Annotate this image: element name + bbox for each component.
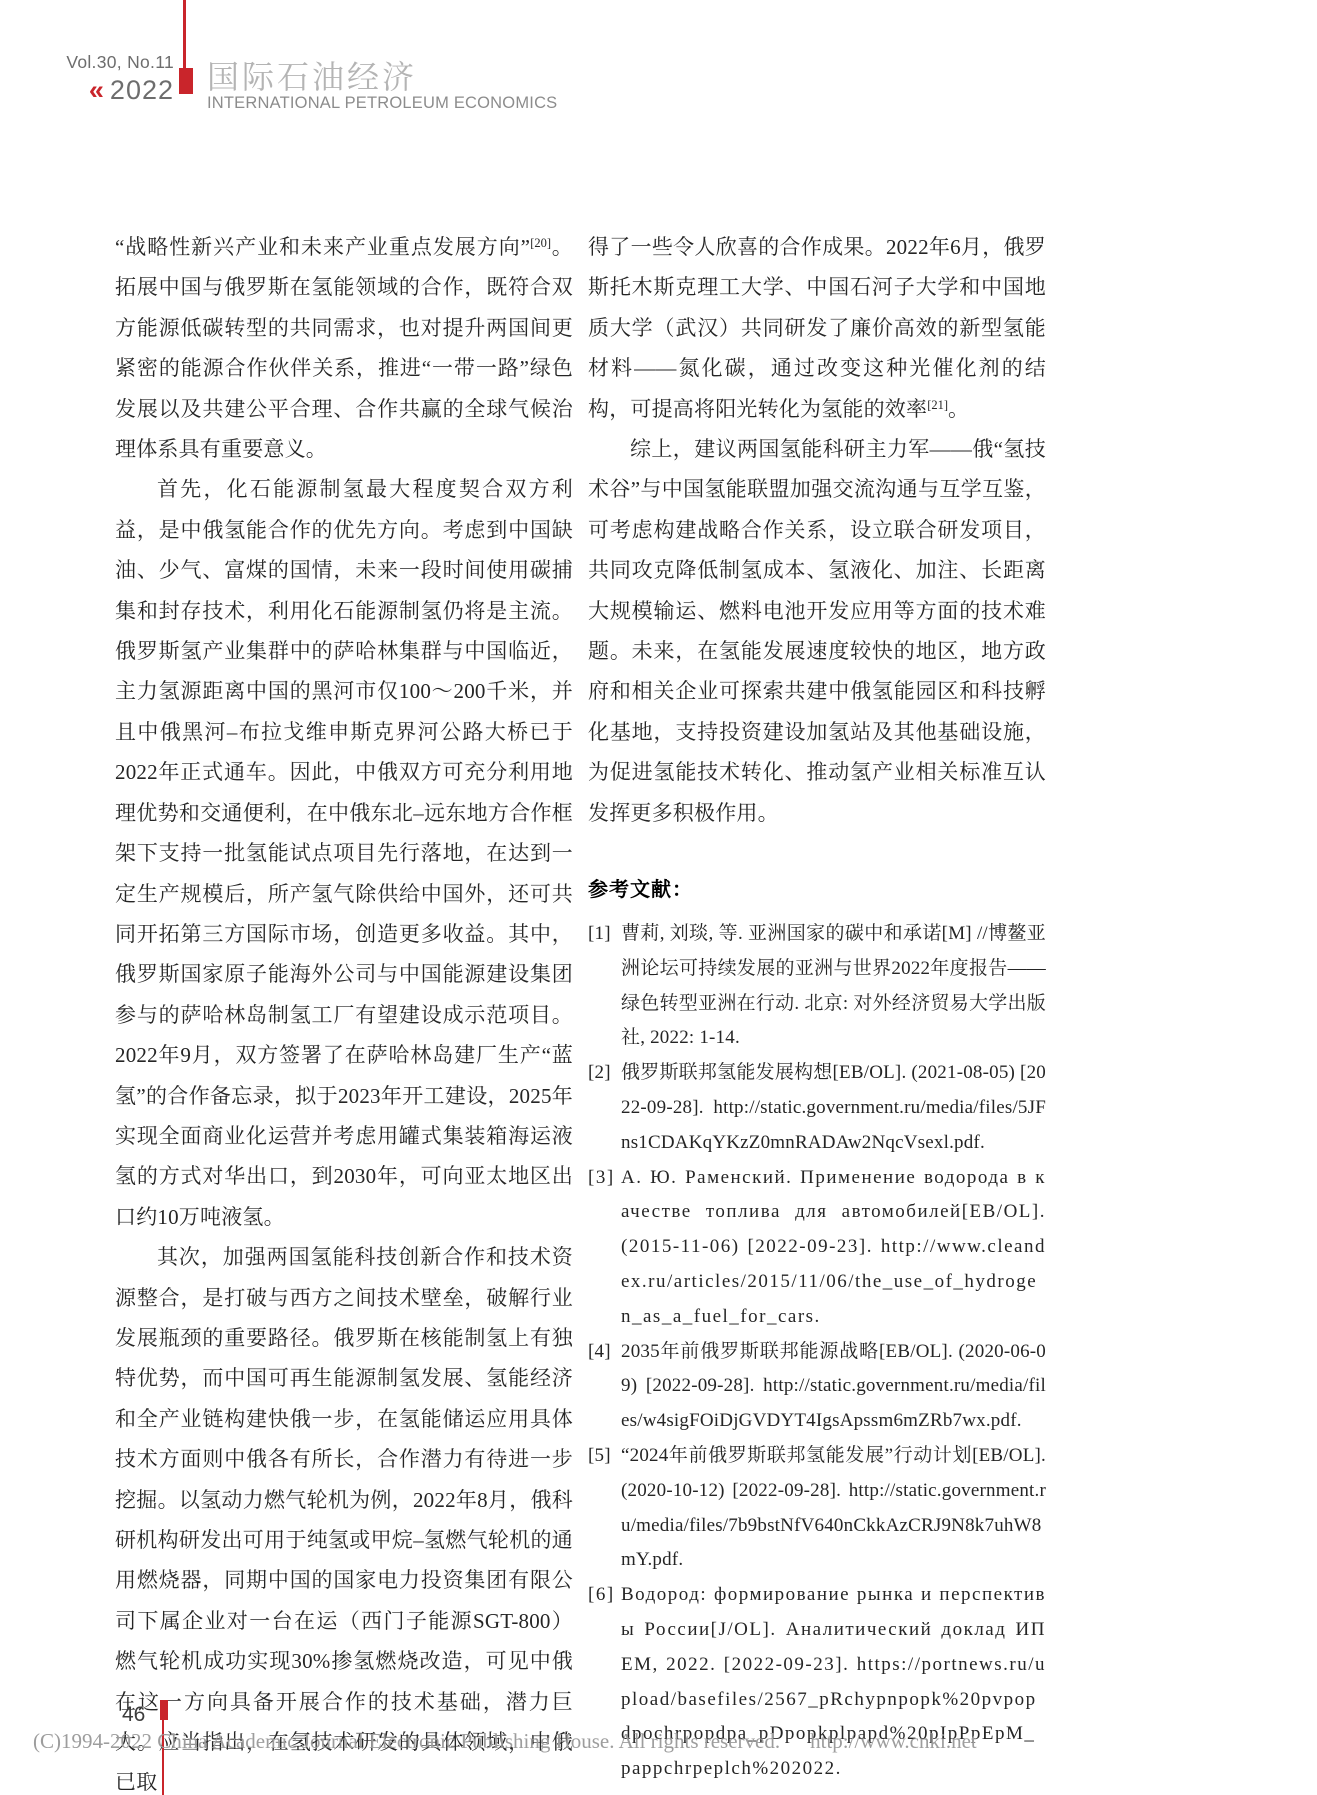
citation-superscript: [20] [530, 236, 551, 250]
journal-title-cn: 国际石油经济 [207, 52, 417, 98]
reference-text: “2024年前俄罗斯联邦氢能发展”行动计划[EB/OL]. (2020-10-1… [621, 1445, 1046, 1570]
citation-superscript: [21] [927, 398, 948, 412]
reference-item: [1] 曹莉, 刘琰, 等. 亚洲国家的碳中和承诺[M] //博鳌亚洲论坛可持续… [588, 917, 1046, 1056]
body-paragraph: 首先，化石能源制氢最大程度契合双方利益，是中俄氢能合作的优先方向。考虑到中国缺油… [115, 469, 573, 1237]
journal-page: Vol.30, No.11 «2022 国际石油经济 INTERNATIONAL… [0, 0, 1317, 1795]
reference-item: [6] Водород: формирование рынка и перспе… [588, 1578, 1046, 1787]
copyright-text: (C)1994-2022 China Academic Journal Elec… [33, 1729, 780, 1753]
reference-item: [4] 2035年前俄罗斯联邦能源战略[EB/OL]. (2020-06-09)… [588, 1335, 1046, 1439]
reference-label: [5] [588, 1439, 611, 1474]
red-accent-line [183, 0, 186, 70]
volume-block: Vol.30, No.11 «2022 [62, 50, 174, 106]
cnki-url: http://www.cnki.net [810, 1729, 977, 1753]
reference-text: 俄罗斯联邦氢能发展构想[EB/OL]. (2021-08-05) [2022-0… [621, 1062, 1046, 1153]
reference-item: [3] А. Ю. Раменский. Применение водорода… [588, 1161, 1046, 1335]
body-paragraph: “战略性新兴产业和未来产业重点发展方向”[20]。拓展中国与俄罗斯在氢能领域的合… [115, 227, 573, 469]
body-paragraph: 其次，加强两国氢能科技创新合作和技术资源整合，是打破与西方之间技术壁垒，破解行业… [115, 1237, 573, 1795]
copyright-notice: (C)1994-2022 China Academic Journal Elec… [33, 1729, 1283, 1754]
article-column-right: 得了一些令人欣喜的合作成果。2022年6月，俄罗斯托木斯克理工大学、中国石河子大… [588, 227, 1046, 1787]
year-label: «2022 [62, 74, 174, 106]
body-paragraph: 得了一些令人欣喜的合作成果。2022年6月，俄罗斯托木斯克理工大学、中国石河子大… [588, 227, 1046, 429]
paragraph-text: 。 [948, 397, 969, 421]
reference-label: [2] [588, 1056, 611, 1091]
reference-label: [1] [588, 917, 611, 952]
body-paragraph: 综上，建议两国氢能科研主力军——俄“氢技术谷”与中国氢能联盟加强交流沟通与互学互… [588, 429, 1046, 833]
reference-text: А. Ю. Раменский. Применение водорода в к… [621, 1167, 1046, 1327]
paragraph-text: 。拓展中国与俄罗斯在氢能领域的合作，既符合双方能源低碳转型的共同需求，也对提升两… [115, 235, 573, 461]
reference-label: [6] [588, 1578, 615, 1613]
article-column-left: “战略性新兴产业和未来产业重点发展方向”[20]。拓展中国与俄罗斯在氢能领域的合… [115, 227, 573, 1795]
references-list: [1] 曹莉, 刘琰, 等. 亚洲国家的碳中和承诺[M] //博鳌亚洲论坛可持续… [588, 917, 1046, 1787]
paragraph-text: 得了一些令人欣喜的合作成果。2022年6月，俄罗斯托木斯克理工大学、中国石河子大… [588, 235, 1046, 421]
reference-text: 2035年前俄罗斯联邦能源战略[EB/OL]. (2020-06-09) [20… [621, 1341, 1046, 1432]
volume-label: Vol.30, No.11 [62, 50, 174, 74]
double-chevron-icon: « [89, 75, 105, 105]
page-number: 46 [122, 1703, 145, 1727]
reference-item: [2] 俄罗斯联邦氢能发展构想[EB/OL]. (2021-08-05) [20… [588, 1056, 1046, 1160]
reference-text: 曹莉, 刘琰, 等. 亚洲国家的碳中和承诺[M] //博鳌亚洲论坛可持续发展的亚… [621, 923, 1046, 1048]
red-accent-bar [179, 68, 193, 94]
year-value: 2022 [110, 75, 174, 105]
reference-label: [3] [588, 1161, 615, 1196]
references-heading: 参考文献： [588, 879, 1046, 901]
reference-label: [4] [588, 1335, 611, 1370]
reference-item: [5] “2024年前俄罗斯联邦氢能发展”行动计划[EB/OL]. (2020-… [588, 1439, 1046, 1578]
paragraph-text: “战略性新兴产业和未来产业重点发展方向” [115, 235, 530, 259]
journal-title-en: INTERNATIONAL PETROLEUM ECONOMICS [207, 94, 557, 113]
